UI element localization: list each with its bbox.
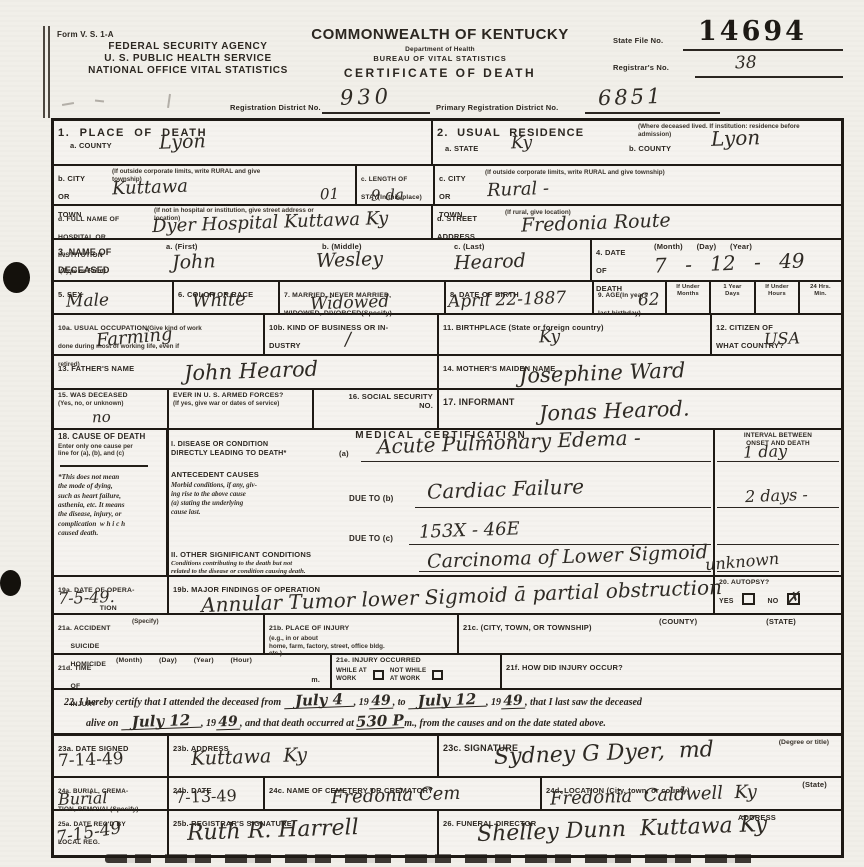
age-col-label: 1 Year [715, 284, 750, 291]
registrar-signature-value: Ruth R. Harrell [187, 818, 359, 845]
department-line: Department of Health [290, 46, 590, 54]
county-of-death-value: Lyon [159, 132, 206, 152]
field-19b-major-findings: 19b. MAJOR FINDINGS OF OPERATION Annular… [169, 577, 715, 613]
field-8-date-of-birth: 8. DATE OF BIRTH April 22-1887 [446, 282, 594, 313]
field-25a-date-received: 25a. DATE REC'D BY LOCAL REG. 7-15-49 [54, 811, 169, 855]
pencil-mark [167, 94, 172, 108]
armed-forces-label2: EVER IN U. S. ARMED FORCES? [173, 392, 308, 400]
left-margin-line [43, 26, 50, 118]
antecedent-label: ANTECEDENT CAUSES [171, 470, 259, 479]
certify-text: , 19 [354, 697, 369, 708]
death-certificate-scan: Form V. S. 1-A FEDERAL SECURITY AGENCY U… [0, 0, 864, 867]
pencil-mark [62, 102, 74, 106]
first-name-label: a. (First) [166, 242, 198, 251]
field-21b-place-of-injury: 21b. PLACE OF INJURY (e.g., in or about … [265, 615, 459, 653]
residence-state-value: Ky [511, 135, 533, 152]
residence-city-note: (If outside corporate limits, write RURA… [485, 169, 815, 177]
field-16-ssn: 16. SOCIAL SECURITY NO. [314, 390, 439, 428]
not-while-at-work-checkbox [432, 670, 443, 680]
address-value: Kuttawa Ky [191, 746, 308, 768]
primary-registration-number: 6851 [598, 87, 664, 109]
row-city-stay: b. CITY OR TOWN (If outside corporate li… [54, 166, 841, 206]
date-signed-value: 7-14-49 [58, 751, 124, 769]
certificate-form: 1. PLACE OF DEATH a. COUNTY Lyon 2. USUA… [51, 118, 844, 858]
field-1d-hospital: d. FULL NAME OF HOSPITAL OR INSTITUTION … [54, 206, 433, 238]
row-name-dod: 3. NAME OF DECEASED (Type or Print) a. (… [54, 240, 841, 282]
cause-c-value: 153X - 46E [419, 520, 520, 541]
interval-column: INTERVAL BETWEEN ONSET AND DEATH 1 day 2… [715, 430, 841, 575]
field-1c-length-of-stay: c. LENGTH OF STAY(In this place) 9 da [357, 166, 435, 204]
field-18-cause-of-death: 18. CAUSE OF DEATH Enter only one cause … [54, 430, 169, 575]
state-file-number: 14694 [698, 16, 807, 47]
field-26-funeral-director: 26. FUNERAL DIRECTOR ADDRESS Shelley Dun… [439, 811, 841, 855]
birthplace-value: Ky [539, 329, 561, 346]
row-occupation: 10a. USUAL OCCUPATION(Give kind of work … [54, 315, 841, 356]
field-22-certification: 22. I hereby certify that I attended the… [54, 690, 841, 733]
signature-value: Sydney G Dyer, md [494, 740, 714, 769]
field-24a-burial: 24a. BURIAL, CREMA- TION, REMOVAL(Specif… [54, 778, 169, 809]
birthplace-label: 11. BIRTHPLACE (State or foreign country… [443, 323, 604, 332]
divider-rule [60, 465, 148, 467]
certify-text: m., from the causes and on the date stat… [404, 718, 606, 729]
other-conditions-value: Carcinoma of Lower Sigmoid [427, 543, 708, 571]
autopsy-label: 20. AUTOPSY? [719, 579, 837, 587]
industry-value: / [345, 331, 352, 348]
field-4-date-of-death: 4. DATE OF DEATH (Month) (Day) (Year) 7 … [592, 240, 841, 280]
row-medical-certification: 18. CAUSE OF DEATH Enter only one cause … [54, 430, 841, 577]
certify-text: , to [393, 697, 406, 708]
row-signature: 23a. DATE SIGNED 7-14-49 23b. ADDRESS Ku… [54, 736, 841, 778]
type-or-print-note: (Type or Print) [60, 266, 106, 275]
registrar-label: Registrar's No. [613, 63, 669, 72]
last-seen-year: 49 [216, 715, 240, 730]
last-name-value: Hearod [454, 252, 526, 273]
attended-to-value: July 12 [408, 692, 486, 710]
findings-value: Annular Tumor lower Sigmoid ā partial ob… [201, 578, 722, 615]
death-time-value: 530 P [356, 713, 404, 730]
age-col-label: If Under [671, 284, 705, 291]
interval-a-value: 1 day [743, 443, 788, 460]
degree-title-note: (Degree or title) [779, 739, 829, 747]
registrar-underline [695, 76, 843, 78]
row-service-informant: 15. WAS DECEASED (Yes, no, or unknown) n… [54, 390, 841, 430]
father-value: John Hearod [184, 360, 319, 385]
funeral-director-value: Shelley Dunn Kuttawa Ky [477, 815, 768, 846]
attended-from-value: July 4 [283, 692, 353, 710]
punch-hole-top [3, 262, 30, 293]
interval-a-line [717, 461, 839, 462]
row-certify-statement: 22. I hereby certify that I attended the… [54, 690, 841, 736]
informant-label: 17. INFORMANT [443, 397, 515, 407]
primary-registration-label: Primary Registration District No. [436, 103, 558, 112]
certify-text: alive on [86, 718, 119, 729]
armed-forces-label: 15. WAS DECEASED [58, 392, 163, 400]
field-24c-cemetery: 24c. NAME OF CEMETERY OR CREMATORY Fredo… [265, 778, 542, 809]
accident-specify-note: (Specify) [132, 618, 159, 626]
field-5-sex: 5. SEX Male [54, 282, 174, 313]
agency-line-3: NATIONAL OFFICE VITAL STATISTICS [58, 65, 318, 77]
row-hospital-street: d. FULL NAME OF HOSPITAL OR INSTITUTION … [54, 206, 841, 240]
form-number: Form V. S. 1-A [57, 30, 114, 40]
informant-value: Jonas Hearod. [539, 399, 690, 424]
sex-value: Male [66, 292, 110, 310]
residence-state-label: a. STATE [445, 144, 478, 153]
location-value: Fredonia Caldwell Ky [550, 783, 757, 807]
cause-b-value: Cardiac Failure [427, 477, 585, 501]
injury-occurred-label: 21e. INJURY OCCURRED [336, 657, 496, 665]
field-21f-how-injury: 21f. HOW DID INJURY OCCUR? [502, 655, 841, 688]
mother-value: Josephine Ward [519, 361, 686, 387]
field-24b-burial-date: 24b. DATE 7-13-49 [169, 778, 265, 809]
field-21d-time-of-injury: 21d. TIME OF INJURY (Month) (Day) (Year)… [54, 655, 332, 688]
armed-forces-value: no [92, 410, 111, 425]
field-15b-armed-forces-cont: EVER IN U. S. ARMED FORCES? (If yes, giv… [169, 390, 314, 428]
field-19a-date-of-operation: 19a. DATE OF OPERA- TION 7-5-49. [54, 577, 169, 613]
middle-name-value: Wesley [316, 250, 384, 270]
autopsy-yes-checkbox [742, 593, 755, 605]
bureau-line: BUREAU OF VITAL STATISTICS [290, 54, 590, 63]
row-injury-2: 21d. TIME OF INJURY (Month) (Day) (Year)… [54, 655, 841, 690]
registration-district-label: Registration District No. [230, 103, 321, 112]
certify-text: 22. I hereby certify that I attended the… [64, 697, 281, 708]
field-21c-injury-location: 21c. (CITY, TOWN, OR TOWNSHIP) (COUNTY) … [459, 615, 841, 653]
while-at-work-checkbox [373, 670, 384, 680]
not-while-at-work-label: NOT WHILE AT WORK [390, 667, 427, 682]
time-meridiem-label: m. [311, 677, 320, 686]
autopsy-no-checkbox: ✗ [787, 593, 800, 605]
location-state-label: (State) [802, 780, 827, 789]
city-code-value: 01 [320, 186, 340, 201]
father-label: 13. FATHER'S NAME [58, 364, 134, 373]
interval-c-line [717, 544, 839, 545]
field-25b-registrar-signature: 25b. REGISTRAR'S SIGNATURE Ruth R. Harre… [169, 811, 439, 855]
how-injury-label: 21f. HOW DID INJURY OCCUR? [506, 663, 623, 672]
field-2d-street-address: d. STREET ADDRESS (If rural, give locati… [433, 206, 841, 238]
age-col-hours: If Under Hours [756, 282, 800, 313]
field-10b-industry: 10b. KIND OF BUSINESS OR IN- DUSTRY / [265, 315, 439, 354]
row-burial: 24a. BURIAL, CREMA- TION, REMOVAL(Specif… [54, 778, 841, 811]
cause-a-line [361, 461, 711, 462]
field-10a-occupation: 10a. USUAL OCCUPATION(Give kind of work … [54, 315, 265, 354]
residence-county-value: Lyon [711, 128, 761, 149]
other-conditions-title: II. OTHER SIGNIFICANT CONDITIONS [171, 550, 311, 559]
field-7-marital-status: 7. MARRIED, NEVER MARRIED, WIDOWED, DIVO… [280, 282, 446, 313]
industry-label: 10b. KIND OF BUSINESS OR IN- DUSTRY [269, 323, 388, 350]
age-col-label: Min. [804, 291, 837, 298]
burial-date-value: 7-13-49 [175, 788, 237, 805]
primary-registration-underline [585, 112, 720, 114]
cemetery-value: Fredonia Cem [331, 785, 461, 807]
field-23b-address: 23b. ADDRESS Kuttawa Ky [169, 736, 439, 776]
field-13-father: 13. FATHER'S NAME John Hearod [54, 356, 439, 388]
ssn-label: 16. SOCIAL SECURITY NO. [318, 392, 433, 410]
field-24d-location: 24d. LOCATION (City, town, or county) (S… [542, 778, 841, 809]
race-value: White [192, 291, 246, 310]
time-of-injury-columns: (Month) (Day) (Year) (Hour) [116, 657, 252, 665]
autopsy-no-label: NO [768, 598, 779, 605]
last-seen-value: July 12 [121, 712, 201, 730]
due-to-c-label: DUE TO (c) [349, 534, 393, 544]
certify-text: , that I last saw the deceased [525, 697, 642, 708]
certificate-title: CERTIFICATE OF DEATH [290, 66, 590, 81]
row-parents: 13. FATHER'S NAME John Hearod 14. MOTHER… [54, 356, 841, 390]
last-name-label: c. (Last) [454, 242, 485, 251]
armed-forces-note2: (If yes, give war or dates of service) [173, 400, 308, 408]
while-at-work-label: WHILE AT WORK [336, 667, 367, 682]
certify-text: , 19 [486, 697, 501, 708]
field-2-usual-residence: 2. USUAL RESIDENCE (Where deceased lived… [433, 121, 841, 164]
injury-state-label: (STATE) [766, 617, 796, 626]
cause-b-line [415, 507, 711, 508]
burial-value: Burial [58, 790, 108, 807]
pencil-mark [95, 100, 104, 103]
interval-other-value: unknown [704, 551, 779, 573]
autopsy-no-mark: ✗ [786, 590, 800, 606]
cause-footnote: *This does not mean the mode of dying, s… [58, 473, 162, 539]
length-of-stay-value: 9 da [371, 187, 404, 202]
autopsy-yes-label: YES [719, 598, 734, 605]
city-of-death-value: Kuttawa [112, 178, 189, 198]
issuing-agency-block: FEDERAL SECURITY AGENCY U. S. PUBLIC HEA… [58, 41, 318, 78]
injury-city-label: 21c. (CITY, TOWN, OR TOWNSHIP) [463, 623, 592, 632]
place-of-injury-label: 21b. PLACE OF INJURY [269, 625, 349, 632]
first-name-value: John [172, 252, 216, 272]
field-12-citizen: 12. CITIZEN OF WHAT COUNTRY? USA [712, 315, 841, 354]
street-address-label: d. STREET ADDRESS [437, 214, 477, 241]
field-1-place-of-death: 1. PLACE OF DEATH a. COUNTY Lyon [54, 121, 433, 164]
age-value: 62 [638, 292, 660, 309]
registrar-number: 38 [735, 55, 757, 72]
state-file-label: State File No. [613, 36, 663, 45]
due-to-b-label: DUE TO (b) [349, 494, 394, 504]
field-6-color-or-race: 6. COLOR OR RACE White [174, 282, 280, 313]
age-col-label: 24 Hrs. [804, 284, 837, 291]
age-col-months: If Under Months [667, 282, 711, 313]
street-address-value: Fredonia Route [521, 211, 671, 234]
age-col-label: Days [715, 291, 750, 298]
residence-county-label: b. COUNTY [629, 144, 671, 153]
field-23c-signature: 23c. SIGNATURE (Degree or title) Sydney … [439, 736, 841, 776]
row-operation: 19a. DATE OF OPERA- TION 7-5-49. 19b. MA… [54, 577, 841, 615]
age-col-min: 24 Hrs. Min. [800, 282, 841, 313]
dob-value: April 22-1887 [448, 290, 567, 310]
punch-hole-bottom [0, 570, 21, 596]
attended-from-year: 49 [368, 695, 392, 710]
marital-value: Widowed [310, 294, 390, 313]
field-2c-residence-city: c. CITY OR TOWN (If outside corporate li… [435, 166, 841, 204]
cause-a-value: Acute Pulmonary Edema - [377, 428, 641, 456]
operation-date-value: 7-5-49. [58, 589, 115, 606]
title-block: COMMONWEALTH OF KENTUCKY Department of H… [290, 26, 590, 81]
residence-city-value: Rural - [487, 180, 550, 199]
field-3-name-of-deceased: 3. NAME OF DECEASED (Type or Print) a. (… [54, 240, 592, 280]
age-col-label: Hours [760, 291, 794, 298]
injury-county-label: (COUNTY) [659, 617, 697, 626]
attended-to-year: 49 [501, 695, 525, 710]
row-injury-1: 21a. ACCIDENT SUICIDE HOMICIDE (Specify)… [54, 615, 841, 655]
medical-certification-area: MEDICAL CERTIFICATION I. DISEASE OR COND… [169, 430, 715, 575]
field-21a-accident: 21a. ACCIDENT SUICIDE HOMICIDE (Specify) [54, 615, 265, 653]
certify-text: , and that death occurred at [240, 718, 354, 729]
age-col-label: If Under [760, 284, 794, 291]
agency-line-2: U. S. PUBLIC HEALTH SERVICE [58, 53, 318, 65]
registration-district-number: 930 [340, 87, 393, 109]
age-col-label: Months [671, 291, 705, 298]
field-20-autopsy: 20. AUTOPSY? YES NO ✗ [715, 577, 841, 613]
registration-district-underline [322, 112, 430, 114]
citizen-value: USA [764, 330, 801, 346]
state-file-underline [683, 49, 843, 51]
row-sex-race-age: 5. SEX Male 6. COLOR OR RACE White 7. MA… [54, 282, 841, 315]
interval-b-line [717, 507, 839, 508]
field-15-armed-forces: 15. WAS DECEASED (Yes, no, or unknown) n… [54, 390, 169, 428]
row-registrar: 25a. DATE REC'D BY LOCAL REG. 7-15-49 25… [54, 811, 841, 855]
row-place-residence: 1. PLACE OF DEATH a. COUNTY Lyon 2. USUA… [54, 121, 841, 166]
field-17-informant: 17. INFORMANT Jonas Hearod. [439, 390, 841, 428]
cause-note: Enter only one cause per line for (a), (… [58, 443, 162, 458]
certify-text: , 19 [201, 718, 216, 729]
cause-title: 18. CAUSE OF DEATH [58, 432, 162, 442]
field-1b-city-or-town: b. CITY OR TOWN (If outside corporate li… [54, 166, 357, 204]
field-9-age: 9. AGE(In years last birthday) 62 [594, 282, 667, 313]
commonwealth-title: COMMONWEALTH OF KENTUCKY [290, 26, 590, 44]
interval-b-value: 2 days - [745, 487, 808, 504]
field-23a-date-signed: 23a. DATE SIGNED 7-14-49 [54, 736, 169, 776]
disease-label: I. DISEASE OR CONDITION DIRECTLY LEADING… [171, 440, 287, 458]
other-conditions-note: Conditions contributing to the death but… [171, 560, 306, 577]
armed-forces-note1: (Yes, no, or unknown) [58, 400, 163, 408]
field-14-mother: 14. MOTHER'S MAIDEN NAME Josephine Ward [439, 356, 841, 388]
age-col-days: 1 Year Days [711, 282, 756, 313]
field-21e-injury-occurred: 21e. INJURY OCCURRED WHILE AT WORK NOT W… [332, 655, 502, 688]
morbid-note: Morbid conditions, if any, giv- ing rise… [171, 482, 257, 518]
field-11-birthplace: 11. BIRTHPLACE (State or foreign country… [439, 315, 712, 354]
agency-line-1: FEDERAL SECURITY AGENCY [58, 41, 318, 53]
disease-a-tag: (a) [339, 449, 349, 458]
county-label: a. COUNTY [70, 141, 427, 150]
date-of-death-value: 7 - 12 - 49 [654, 251, 805, 275]
